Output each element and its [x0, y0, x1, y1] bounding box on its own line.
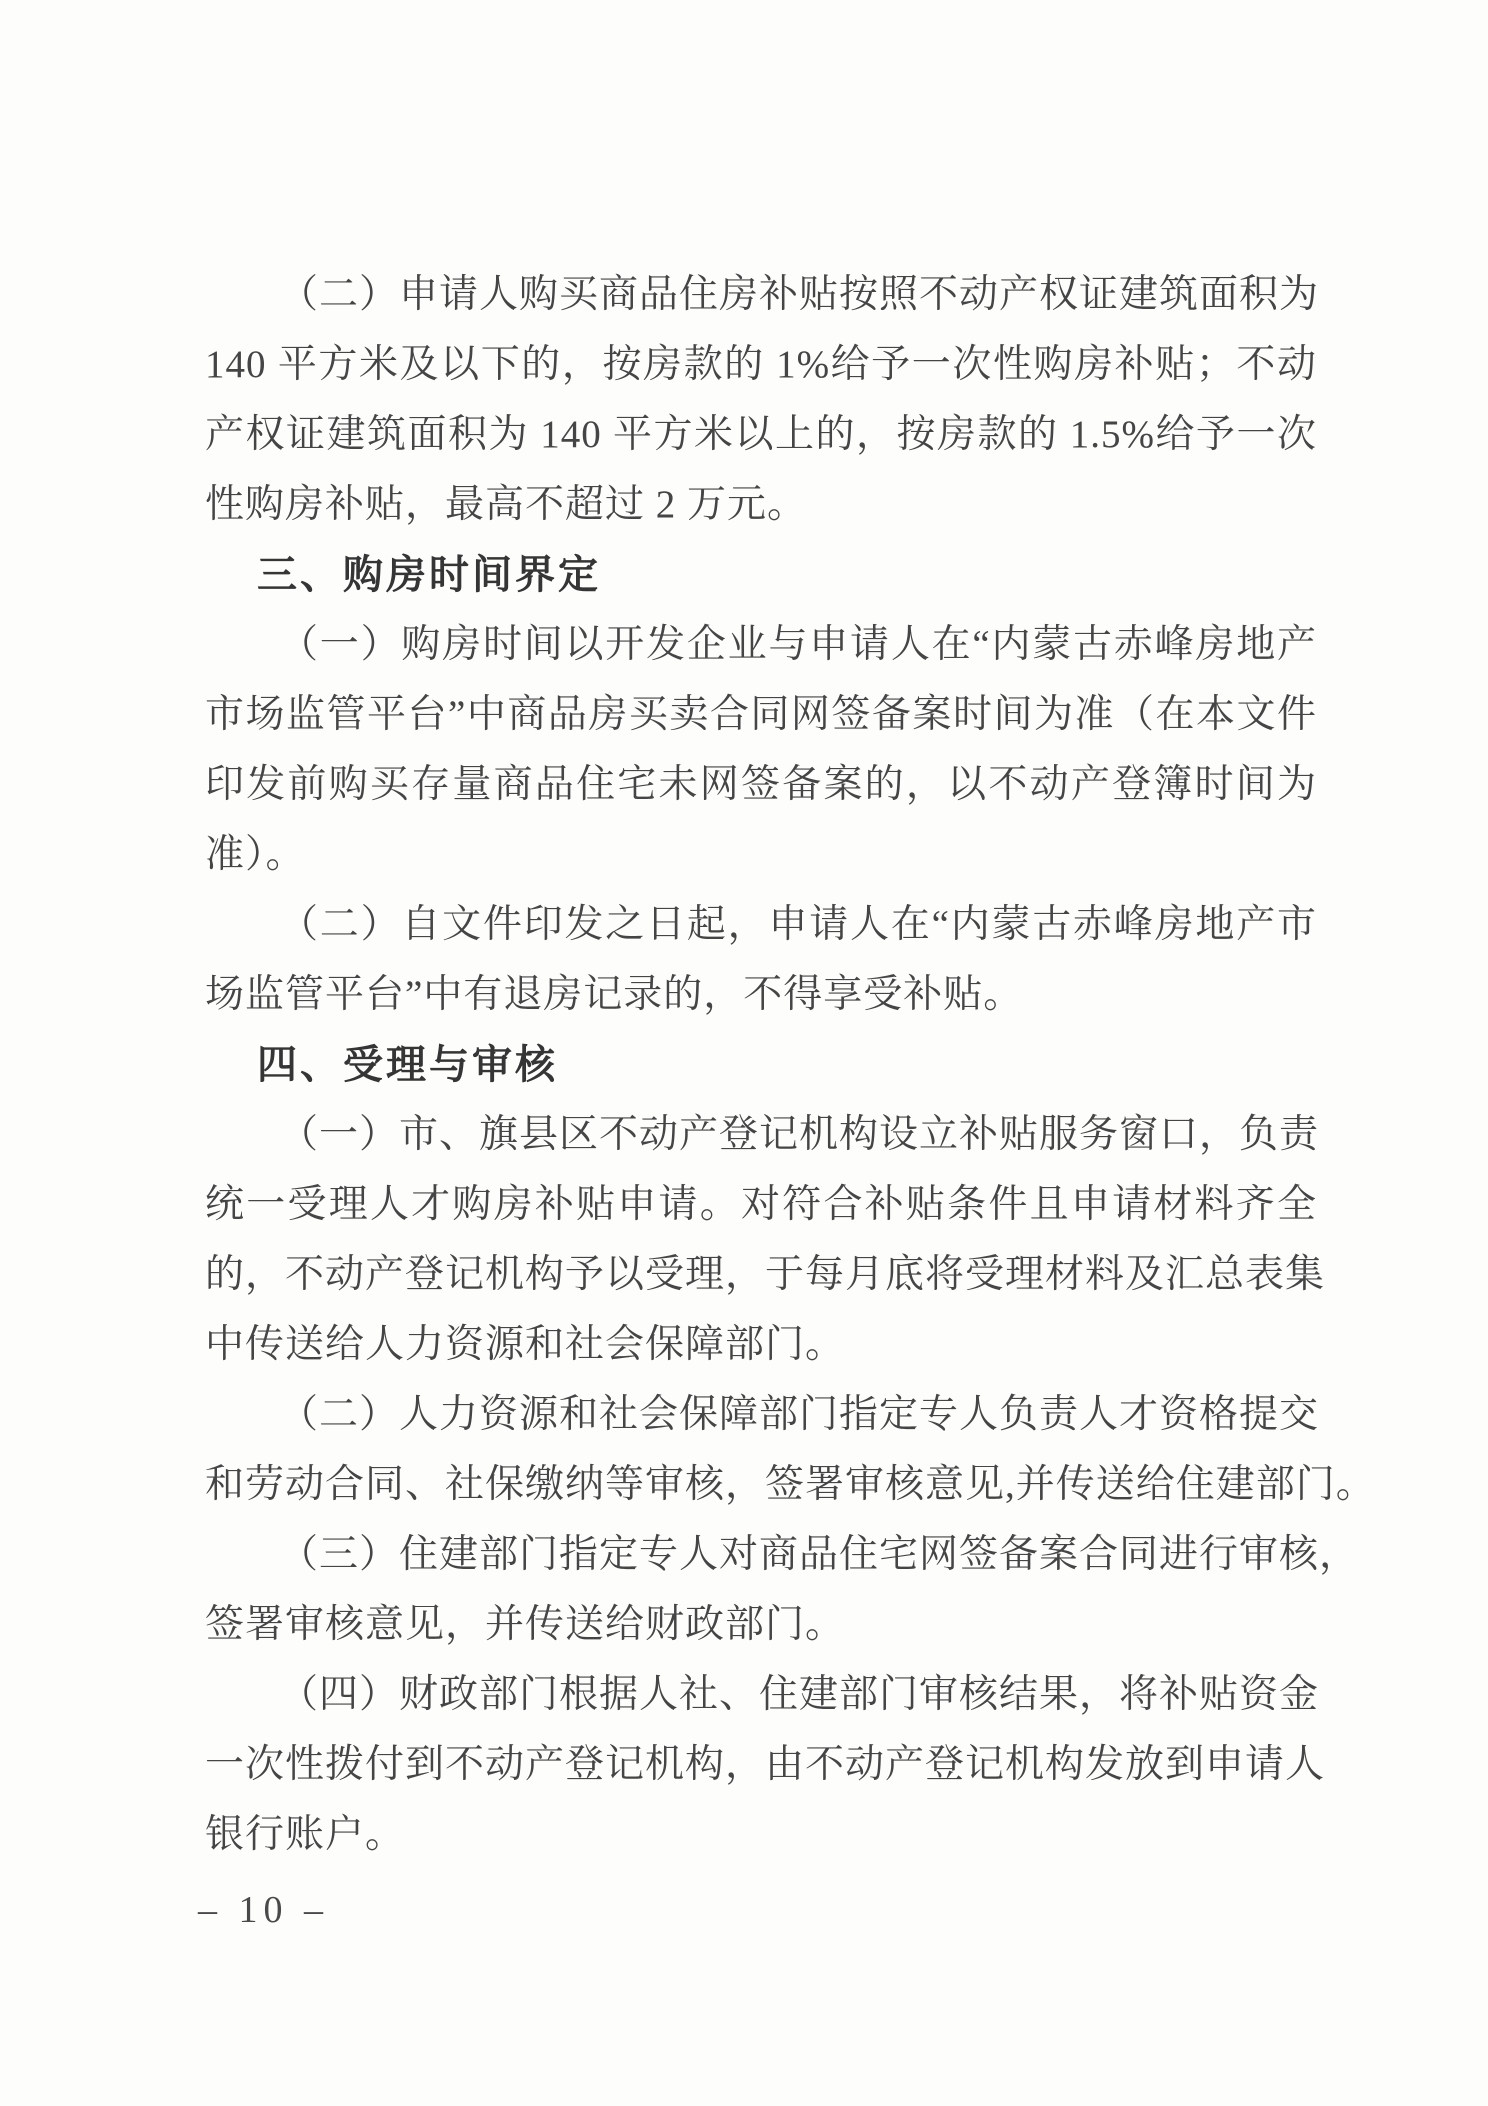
text-line: 和劳动合同、社保缴纳等审核，签署审核意见,并传送给住建部门。: [205, 1450, 1317, 1520]
text-line: （一）市、旗县区不动产登记机构设立补贴服务窗口，负责: [205, 1100, 1317, 1170]
text-line: 性购房补贴，最高不超过 2 万元。: [205, 470, 1317, 540]
text-line: 140 平方米及以下的，按房款的 1%给予一次性购房补贴；不动: [205, 330, 1317, 400]
text-line: 印发前购买存量商品住宅未网签备案的，以不动产登簿时间为: [205, 750, 1317, 820]
text-line: 的，不动产登记机构予以受理，于每月底将受理材料及汇总表集: [205, 1240, 1317, 1310]
text-line: （三）住建部门指定专人对商品住宅网签备案合同进行审核，: [205, 1520, 1317, 1590]
text-line: （一）购房时间以开发企业与申请人在“内蒙古赤峰房地产: [205, 610, 1317, 680]
page-number: – 10 –: [198, 1880, 329, 1940]
section-heading-4: 四、受理与审核: [205, 1030, 1317, 1100]
text-line: （二）人力资源和社会保障部门指定专人负责人才资格提交: [205, 1380, 1317, 1450]
text-line: 一次性拨付到不动产登记机构，由不动产登记机构发放到申请人: [205, 1730, 1317, 1800]
document-content: （二）申请人购买商品住房补贴按照不动产权证建筑面积为 140 平方米及以下的，按…: [205, 260, 1317, 1870]
text-line: （二）申请人购买商品住房补贴按照不动产权证建筑面积为: [205, 260, 1317, 330]
text-line: 准）。: [205, 820, 1317, 890]
text-line: 统一受理人才购房补贴申请。对符合补贴条件且申请材料齐全: [205, 1170, 1317, 1240]
section-heading-3: 三、购房时间界定: [205, 540, 1317, 610]
text-line: 银行账户。: [205, 1800, 1317, 1870]
text-line: 市场监管平台”中商品房买卖合同网签备案时间为准（在本文件: [205, 680, 1317, 750]
document-page: （二）申请人购买商品住房补贴按照不动产权证建筑面积为 140 平方米及以下的，按…: [0, 0, 1488, 2106]
text-line: （四）财政部门根据人社、住建部门审核结果，将补贴资金: [205, 1660, 1317, 1730]
text-line: 签署审核意见，并传送给财政部门。: [205, 1590, 1317, 1660]
text-line: （二）自文件印发之日起，申请人在“内蒙古赤峰房地产市: [205, 890, 1317, 960]
text-line: 场监管平台”中有退房记录的，不得享受补贴。: [205, 960, 1317, 1030]
text-line: 中传送给人力资源和社会保障部门。: [205, 1310, 1317, 1380]
text-line: 产权证建筑面积为 140 平方米以上的，按房款的 1.5%给予一次: [205, 400, 1317, 470]
